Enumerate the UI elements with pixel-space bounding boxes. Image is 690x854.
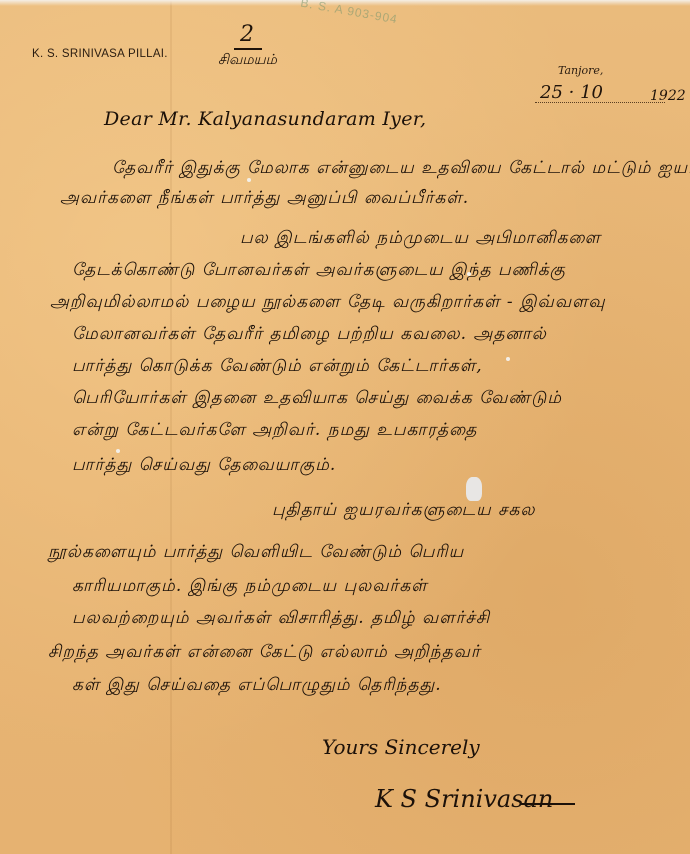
paper-damage-hole xyxy=(466,477,482,501)
body-line: பார்த்து கொடுக்க வேண்டும் என்றும் கேட்டா… xyxy=(72,356,483,378)
page-number-underline xyxy=(234,48,262,50)
body-line: மேலானவர்கள் தேவரீர் தமிழை பற்றிய கவலை. அ… xyxy=(72,324,547,346)
letterhead-name: K. S. SRINIVASA PILLAI. xyxy=(32,48,168,60)
body-line: சிறந்த அவர்கள் என்னை கேட்டு எல்லாம் அறிந… xyxy=(48,642,481,664)
body-line: என்று கேட்டவர்களே அறிவர். நமது உபகாரத்தை xyxy=(72,420,477,442)
body-line: கள் இது செய்வதை எப்பொழுதும் தெரிந்தது. xyxy=(72,675,442,697)
signature-flourish xyxy=(520,803,575,805)
letter-year: 1922 xyxy=(650,88,686,104)
body-line: பலவற்றையும் அவர்கள் விசாரித்து. தமிழ் வள… xyxy=(72,608,490,630)
place-label: Tanjore, xyxy=(558,64,603,77)
tamil-heading: சிவமயம் xyxy=(218,52,277,70)
date-dotted-line xyxy=(535,102,665,103)
paper-spot xyxy=(247,178,251,182)
paper-spot xyxy=(467,272,471,276)
body-line: பல இடங்களில் நம்முடைய அபிமானிகளை xyxy=(240,228,601,250)
body-line: அறிவுமில்லாமல் பழைய நூல்களை தேடி வருகிறா… xyxy=(50,292,606,314)
body-line: பெரியோர்கள் இதனை உதவியாக செய்து வைக்க வே… xyxy=(72,388,562,410)
salutation: Dear Mr. Kalyanasundaram Iyer, xyxy=(104,108,426,130)
body-line: புதிதாய் ஐயரவர்களுடைய சகல xyxy=(272,500,535,522)
body-line: பார்த்து செய்வது தேவையாகும். xyxy=(72,455,336,477)
paper-spot xyxy=(506,357,510,361)
letter-date: 25 · 10 xyxy=(540,82,603,103)
body-line: தேடக்கொண்டு போனவர்கள் அவர்களுடைய இந்த பண… xyxy=(72,260,566,282)
body-line: அவர்களை நீங்கள் பார்த்து அனுப்பி வைப்பீர… xyxy=(60,188,469,210)
body-line: தேவரீர் இதுக்கு மேலாக என்னுடைய உதவியை கே… xyxy=(112,158,690,180)
body-line: காரியமாகும். இங்கு நம்முடைய புலவர்கள் xyxy=(72,576,428,598)
page-number: 2 xyxy=(240,22,254,47)
signature: K S Srinivasan xyxy=(375,785,553,813)
body-line: நூல்களையும் பார்த்து வெளியிட வேண்டும் பெ… xyxy=(48,542,464,564)
paper-spot xyxy=(116,449,120,453)
closing: Yours Sincerely xyxy=(322,735,480,759)
